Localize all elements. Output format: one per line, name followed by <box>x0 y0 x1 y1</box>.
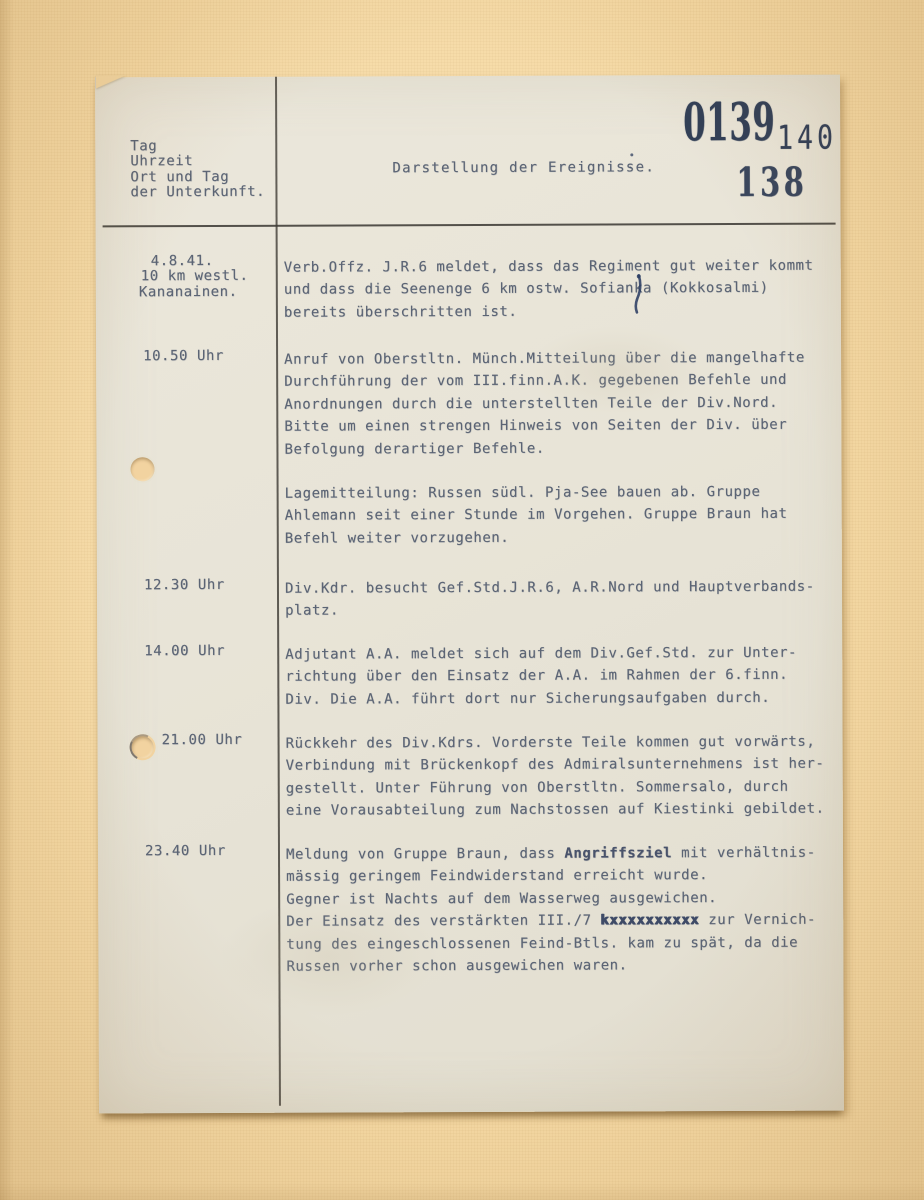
ink-speck <box>630 153 633 156</box>
text-segment: Sofianka <box>580 281 652 297</box>
text-line: richtung über den Einsatz der A.A. im Ra… <box>285 664 797 688</box>
text-line: Anruf von Oberstltn. Münch.Mitteilung üb… <box>284 347 805 371</box>
entry-date: 4.8.41. <box>151 254 249 270</box>
text-line: gestellt. Unter Führung von Oberstltn. S… <box>286 775 825 799</box>
entry-date-location: 4.8.41. 10 km westl. Kananainen. <box>139 254 249 300</box>
text-line: Durchführung der vom III.finn.A.K. gegeb… <box>284 369 805 393</box>
time-column-header: Tag Uhrzeit Ort und Tag der Unterkunft. <box>130 139 265 201</box>
typed-page-number: 140 <box>777 121 837 154</box>
page-number-stamp: 138 <box>736 163 807 203</box>
entry-body: Div.Kdr. besucht Gef.Std.J.R.6, A.R.Nord… <box>285 576 815 623</box>
text-line: Befehl weiter vorzugehen. <box>285 526 788 550</box>
entry-body: Anruf von Oberstltn. Münch.Mitteilung üb… <box>284 347 805 461</box>
entry-location: Kananainen. <box>139 284 249 300</box>
text-line: Ahlemann seit einer Stunde im Vorgehen. … <box>285 503 788 527</box>
text-line: tung des eingeschlossenen Feind-Btls. ka… <box>286 931 816 955</box>
entry-time: 12.30 Uhr <box>144 578 225 594</box>
text-line: Gegner ist Nachts auf dem Wasserweg ausg… <box>286 886 816 910</box>
events-column-header: Darstellung der Ereignisse. <box>392 159 655 176</box>
header-line: Tag <box>130 139 265 155</box>
header-divider-rule <box>103 223 836 228</box>
entry-location: 10 km westl. <box>141 269 249 285</box>
text-line: Verbindung mit Brückenkopf des Admiralsu… <box>286 753 825 777</box>
serial-number-stamp: 0139 <box>683 97 775 149</box>
entry-time: 14.00 Uhr <box>144 644 225 660</box>
text-segment: (Kokkosalmi) <box>652 280 769 296</box>
text-segment: Der Einsatz des verstärkten III./7 <box>286 913 600 930</box>
entry-body: Lagemitteilung: Russen südl. Pja-See bau… <box>285 481 788 550</box>
text-line: Meldung von Gruppe Braun, dass Angriffsz… <box>286 842 816 866</box>
text-line: Lagemitteilung: Russen südl. Pja-See bau… <box>285 481 788 505</box>
header-line: Uhrzeit <box>130 154 265 170</box>
diary-page: Tag Uhrzeit Ort und Tag der Unterkunft. … <box>95 75 844 1114</box>
scanned-document-photo: Tag Uhrzeit Ort und Tag der Unterkunft. … <box>0 0 924 1200</box>
ink-speck <box>629 166 631 168</box>
text-line: mässig geringem Feindwiderstand erreicht… <box>286 864 816 888</box>
text-segment: zur Vernich- <box>699 912 816 928</box>
text-line: Div. Die A.A. führt dort nur Sicherungsa… <box>285 687 797 711</box>
text-segment: Meldung von Gruppe Braun, dass <box>286 846 564 863</box>
text-line: Befolgung derartiger Befehle. <box>284 436 805 460</box>
entry-body: Verb.Offz. J.R.6 meldet, dass das Regime… <box>284 255 814 324</box>
punch-hole <box>126 731 159 764</box>
entry-time: 21.00 Uhr <box>162 733 243 749</box>
text-line: Bitte um einen strengen Hinweis von Seit… <box>284 414 805 438</box>
overtyped-word: Angriffsziel <box>564 845 672 861</box>
corrected-word: Sofianka <box>580 278 652 301</box>
entry-time: 23.40 Uhr <box>145 844 226 860</box>
text-segment: mit verhältnis- <box>672 845 816 862</box>
text-line: Adjutant A.A. meldet sich auf dem Div.Ge… <box>285 642 797 666</box>
text-line: platz. <box>285 598 815 622</box>
entry-body: Meldung von Gruppe Braun, dass Angriffsz… <box>286 842 816 978</box>
header-line: Ort und Tag <box>130 169 265 185</box>
text-line: Div.Kdr. besucht Gef.Std.J.R.6, A.R.Nord… <box>285 576 815 600</box>
paper-corner-fold <box>96 75 126 88</box>
entry-time: 10.50 Uhr <box>143 349 224 365</box>
punch-hole <box>130 457 154 481</box>
text-line: Verb.Offz. J.R.6 meldet, dass das Regime… <box>284 255 814 279</box>
text-line: Der Einsatz des verstärkten III./7 kxxxx… <box>286 909 816 933</box>
text-line: Rückkehr des Div.Kdrs. Vorderste Teile k… <box>286 731 825 755</box>
text-line: eine Vorausabteilung zum Nachstossen auf… <box>286 798 825 822</box>
entry-body: Rückkehr des Div.Kdrs. Vorderste Teile k… <box>286 731 825 823</box>
column-divider-rule <box>275 77 281 1106</box>
text-line: Russen vorher schon ausgewichen waren. <box>286 954 816 978</box>
entry-body: Adjutant A.A. meldet sich auf dem Div.Ge… <box>285 642 797 711</box>
text-line: Anordnungen durch die unterstellten Teil… <box>284 392 805 416</box>
header-line: der Unterkunft. <box>130 185 265 201</box>
text-line: und dass die Seenenge 6 km ostw. Sofiank… <box>284 277 814 301</box>
text-segment: und dass die Seenenge 6 km ostw. <box>284 281 580 298</box>
typed-over-strikeout: kxxxxxxxxxx <box>600 912 699 928</box>
text-line: bereits überschritten ist. <box>284 299 814 323</box>
